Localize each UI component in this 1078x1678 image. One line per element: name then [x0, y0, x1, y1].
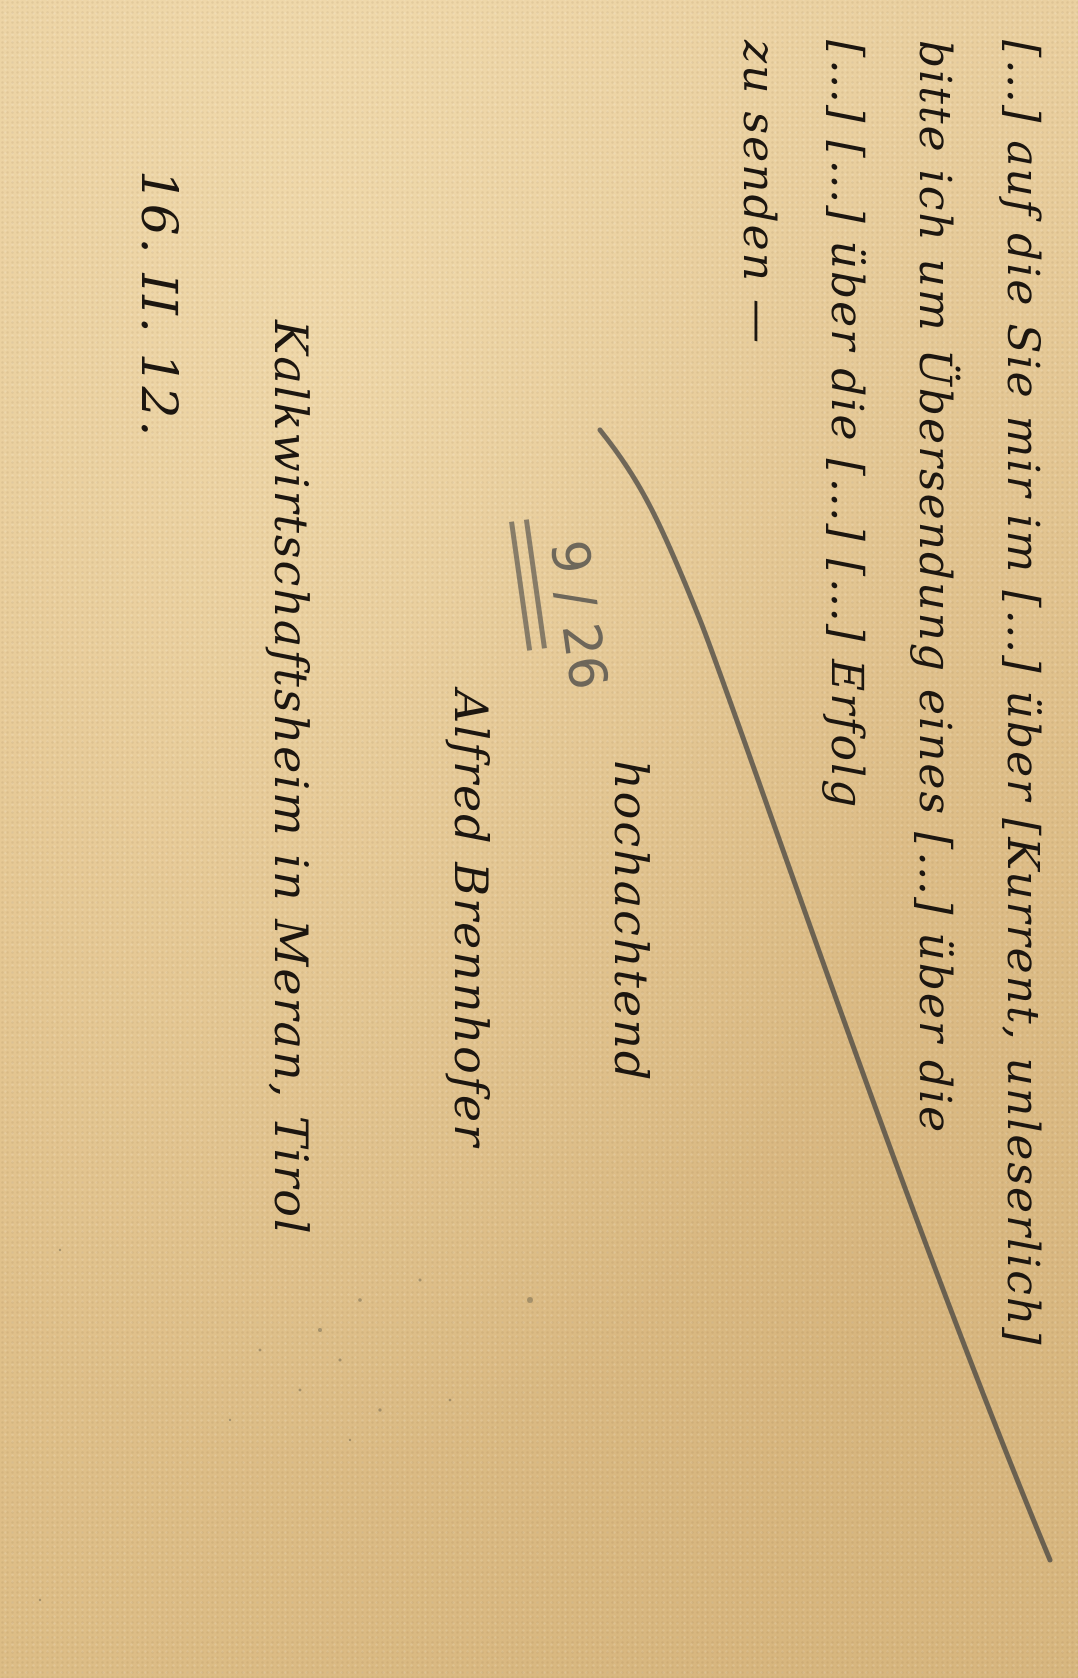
closing-phrase: hochachtend	[604, 760, 658, 1082]
pencil-annotation: 9 / 26	[538, 537, 618, 694]
signature-address: Kalkwirtschaftsheim in Meran, Tirol	[264, 320, 318, 1236]
body-line-4: zu senden —	[733, 40, 784, 345]
signature-name: Alfred Brennhofer	[444, 690, 498, 1148]
body-line-2: bitte ich um Übersendung eines […] über …	[909, 40, 960, 1134]
pencil-double-underline	[509, 519, 547, 651]
date: 16. II. 12.	[130, 170, 188, 438]
body-line-3: […] […] über die […] […] Erfolg	[821, 40, 872, 809]
postcard-paper: […] auf die Sie mir im […] über [Kurrent…	[0, 0, 1078, 1678]
handwritten-text-layer: […] auf die Sie mir im […] über [Kurrent…	[0, 0, 1078, 1678]
body-line-1: […] auf die Sie mir im […] über [Kurrent…	[997, 40, 1048, 1346]
